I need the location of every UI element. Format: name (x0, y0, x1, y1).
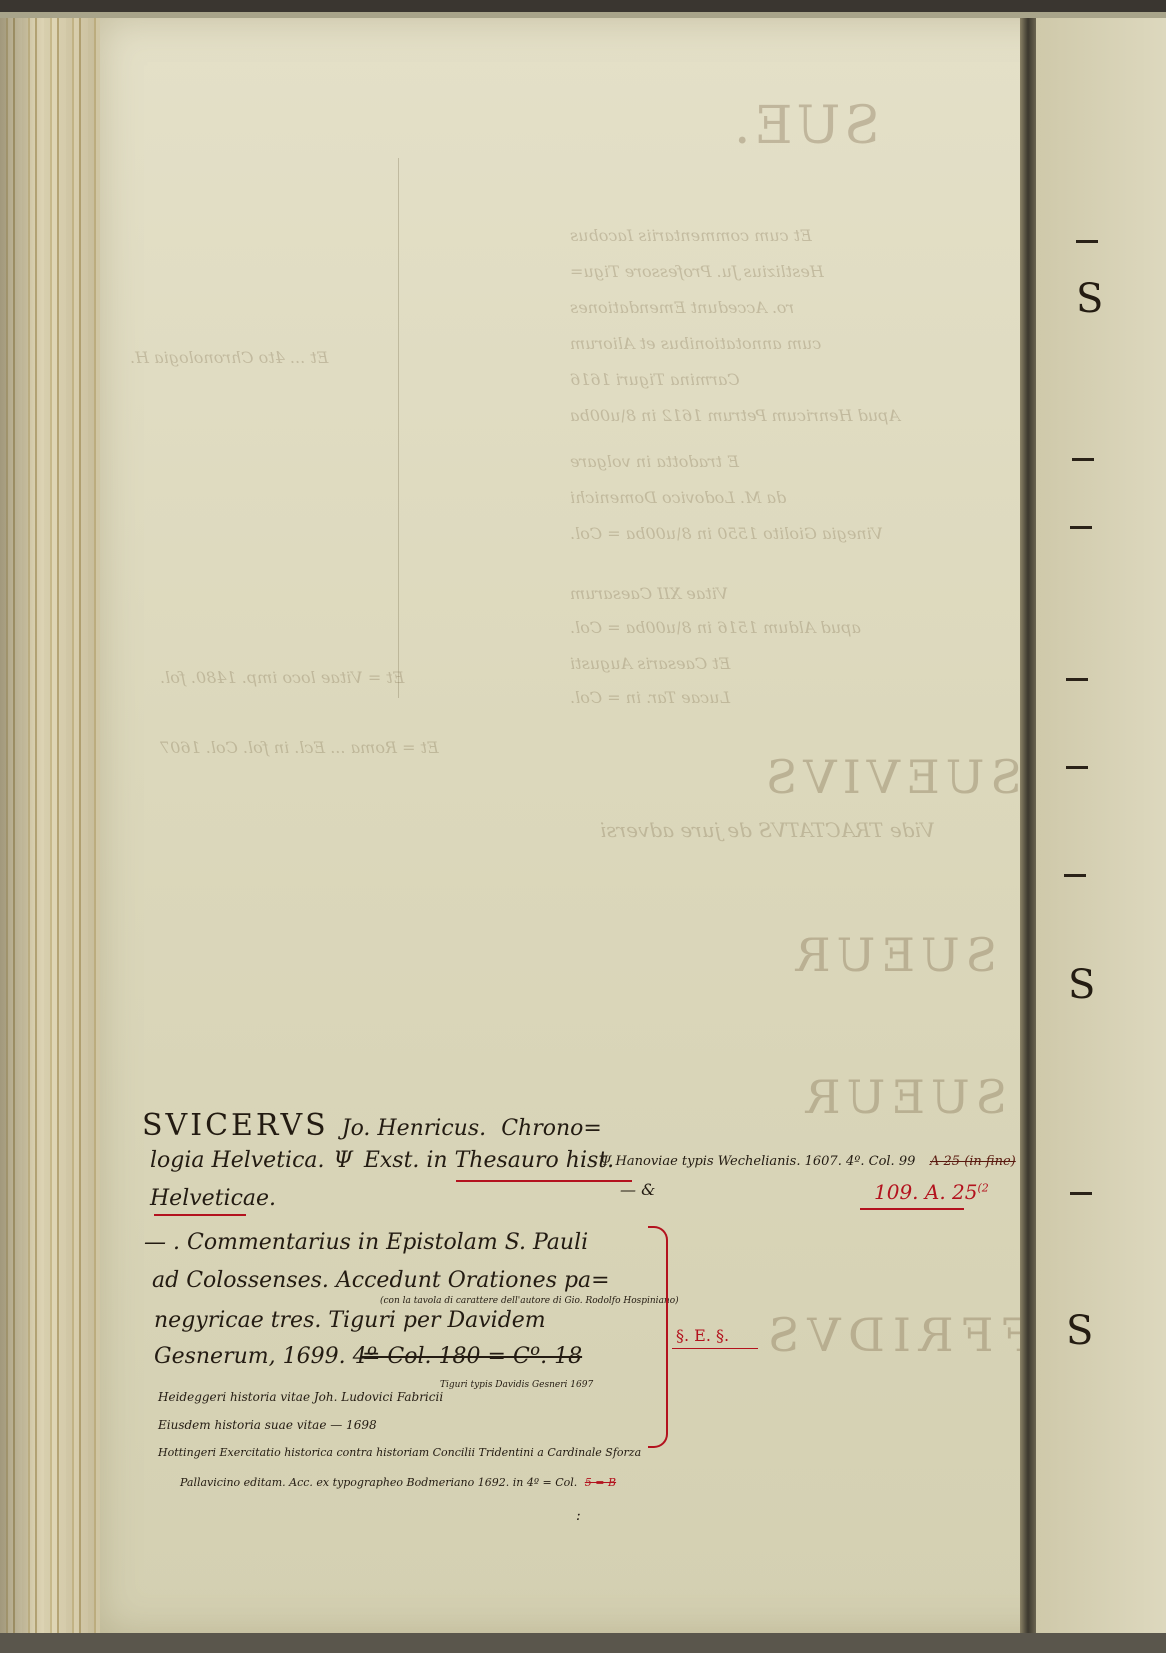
note-4: Pallavicino editam. Acc. ex typographeo … (180, 1476, 616, 1489)
note-4-text: Pallavicino editam. Acc. ex typographeo … (180, 1476, 577, 1489)
bleed-line: Vide TRACTATVS de jure adversi (600, 818, 935, 842)
struck-shelfmark: A 25 (in fine) (930, 1154, 1016, 1169)
manuscript-scan: SUE. SUEVIVS SUEUR SUEUR SUFFRIDVS Vide … (0, 0, 1166, 1653)
red-bracket (648, 1226, 668, 1448)
catalog-page: SUE. SUEVIVS SUEUR SUEUR SUFFRIDVS Vide … (100, 18, 1080, 1633)
page-edges-shadow (0, 16, 106, 1653)
pencil-rule (398, 158, 399, 698)
red-underline-thesauro (456, 1180, 632, 1182)
entry-title-row: logia Helvetica. Ψ Exst. in Thesauro his… (150, 1148, 614, 1173)
bleed-heading-sue: SUE. (730, 96, 880, 156)
extant-note-cont: Helveticae. (150, 1186, 276, 1211)
commentary-interlinear: (con la tavola di carattere dell'autore … (380, 1296, 679, 1306)
commentary-line-4: Gesnerum, 1699. 4º (154, 1344, 377, 1369)
red-underline-shelfmark (860, 1208, 964, 1210)
commentary-line-1: — . Commentarius in Epistolam S. Pauli (144, 1230, 588, 1255)
imprint-note: Ψ Hanoviae typis Wechelianis. 1607. 4º. … (600, 1154, 915, 1169)
entry-heading-row: SVICERVS Jo. Henricus. Chrono= (142, 1108, 602, 1143)
notes-interlinear: Tiguri typis Davidis Gesneri 1697 (440, 1380, 593, 1390)
extant-note: Exst. in Thesauro hist. (364, 1148, 614, 1173)
note-4-struck: 5 = B (585, 1476, 616, 1489)
insert-mark: Ψ (334, 1148, 353, 1173)
red-underline-helveticae (154, 1214, 246, 1216)
facing-page: S S S (1036, 18, 1166, 1653)
bleed-heading-sueur-1: SUEUR (790, 928, 997, 982)
note-3: Hottingeri Exercitatio historica contra … (158, 1446, 641, 1459)
bleed-heading-sueur-2: SUEUR (800, 1070, 1007, 1124)
dash-et: — & (620, 1180, 655, 1199)
bleed-heading-suevius: SUEVIVS (760, 750, 1022, 804)
entry-author: Jo. Henricus. (342, 1116, 486, 1141)
commentary-line-2: ad Colossenses. Accedunt Orationes pa= (152, 1268, 610, 1293)
facing-letter-2: S (1068, 962, 1095, 1008)
red-underline-mark (672, 1348, 758, 1349)
entry-title-cont: logia Helvetica. (150, 1148, 325, 1173)
entry-heading: SVICERVS (142, 1108, 329, 1143)
commentary-struck-col: = Col. 180 = Cº. 18 (362, 1344, 582, 1369)
facing-letter-1: S (1076, 276, 1103, 322)
dots-mark: : (576, 1508, 581, 1524)
shelfmark-value: 109. A. 25 (874, 1180, 978, 1204)
note-2: Eiusdem historia suae vitae — 1698 (158, 1418, 377, 1432)
commentary-line-3: negyricae tres. Tiguri per Davidem (154, 1308, 546, 1333)
facing-letter-3: S (1066, 1308, 1093, 1354)
note-1: Heideggeri historia vitae Joh. Ludovici … (158, 1390, 443, 1404)
binding-gutter (1020, 18, 1036, 1653)
entry-title-start: Chrono= (501, 1116, 602, 1141)
shelfmark-red: 109. A. 25(2 (874, 1180, 989, 1204)
book-cradle-bottom (0, 1633, 1166, 1653)
bracket-mark: §. E. §. (676, 1326, 729, 1345)
shelfmark-suffix: (2 (978, 1181, 989, 1194)
